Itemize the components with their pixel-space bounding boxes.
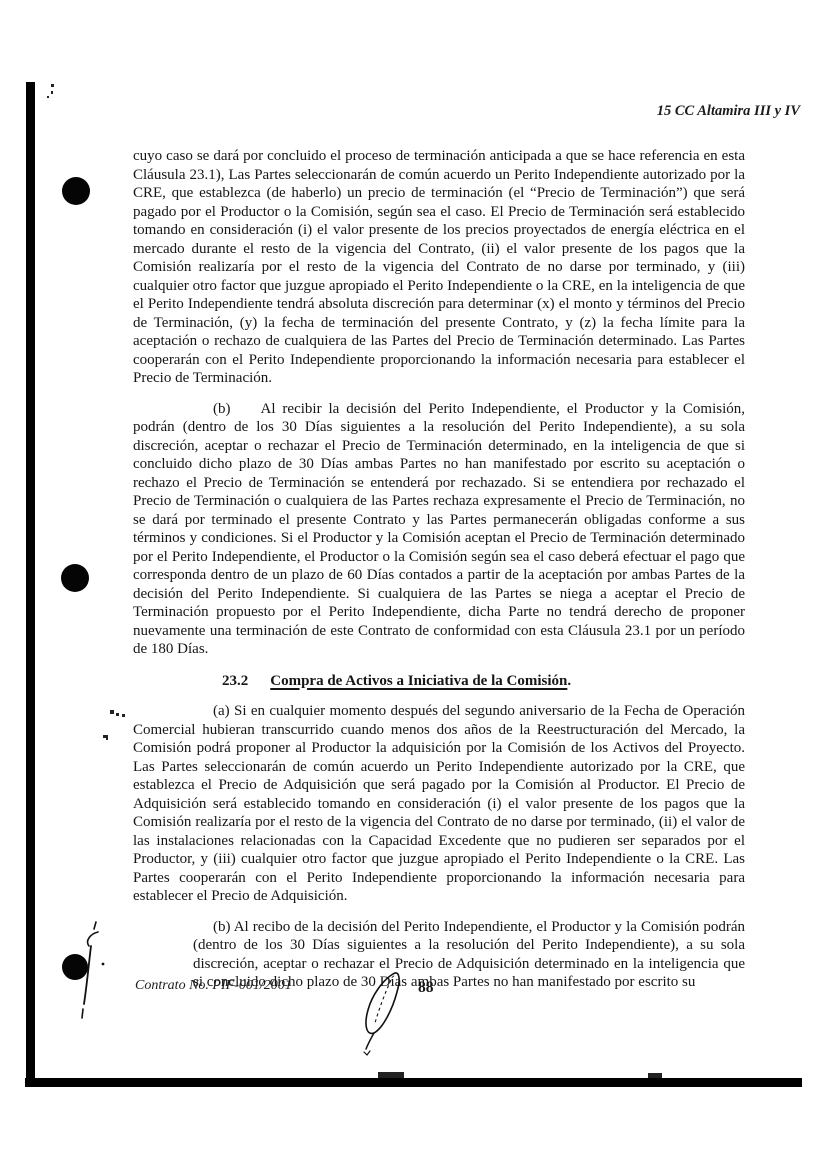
section-23-2-paragraph-a: (a) Si en cualquier momento después del … <box>133 702 745 906</box>
ink-speck <box>51 91 53 94</box>
ink-speck <box>51 84 54 87</box>
ink-speck <box>122 714 125 717</box>
clause-23-1-continuation-paragraph: cuyo caso se dará por concluido el proce… <box>133 147 745 388</box>
scanned-contract-page: { "page": { "header_right": "15 CC Altam… <box>0 0 828 1169</box>
section-number: 23.2 <box>222 673 248 689</box>
ink-speck <box>116 713 119 716</box>
ink-speck <box>110 710 114 714</box>
header-running-title: 15 CC Altamira III y IV <box>657 103 800 120</box>
clause-23-1-paragraph-b: (b) Al recibir la decisión del Perito In… <box>133 400 745 659</box>
scan-artifact <box>648 1073 662 1078</box>
document-body: cuyo caso se dará por concluido el proce… <box>133 147 745 992</box>
footer-contract-number: Contrato No. PIF-001/2001 <box>135 978 292 994</box>
punch-hole-dot <box>62 177 90 205</box>
scan-edge-bar-left <box>26 82 35 1087</box>
punch-hole-dot <box>61 564 89 592</box>
page-number: 88 <box>418 979 434 997</box>
ink-speck <box>47 96 49 98</box>
scan-edge-bar-bottom <box>25 1078 802 1087</box>
section-23-2-heading: 23.2Compra de Activos a Iniciativa de la… <box>133 672 745 691</box>
scan-artifact <box>378 1072 404 1078</box>
ink-speck <box>106 738 108 740</box>
section-title-period: . <box>567 673 571 689</box>
section-title: Compra de Activos a Iniciativa de la Com… <box>270 673 567 689</box>
pen-scribble-left <box>68 912 113 1027</box>
